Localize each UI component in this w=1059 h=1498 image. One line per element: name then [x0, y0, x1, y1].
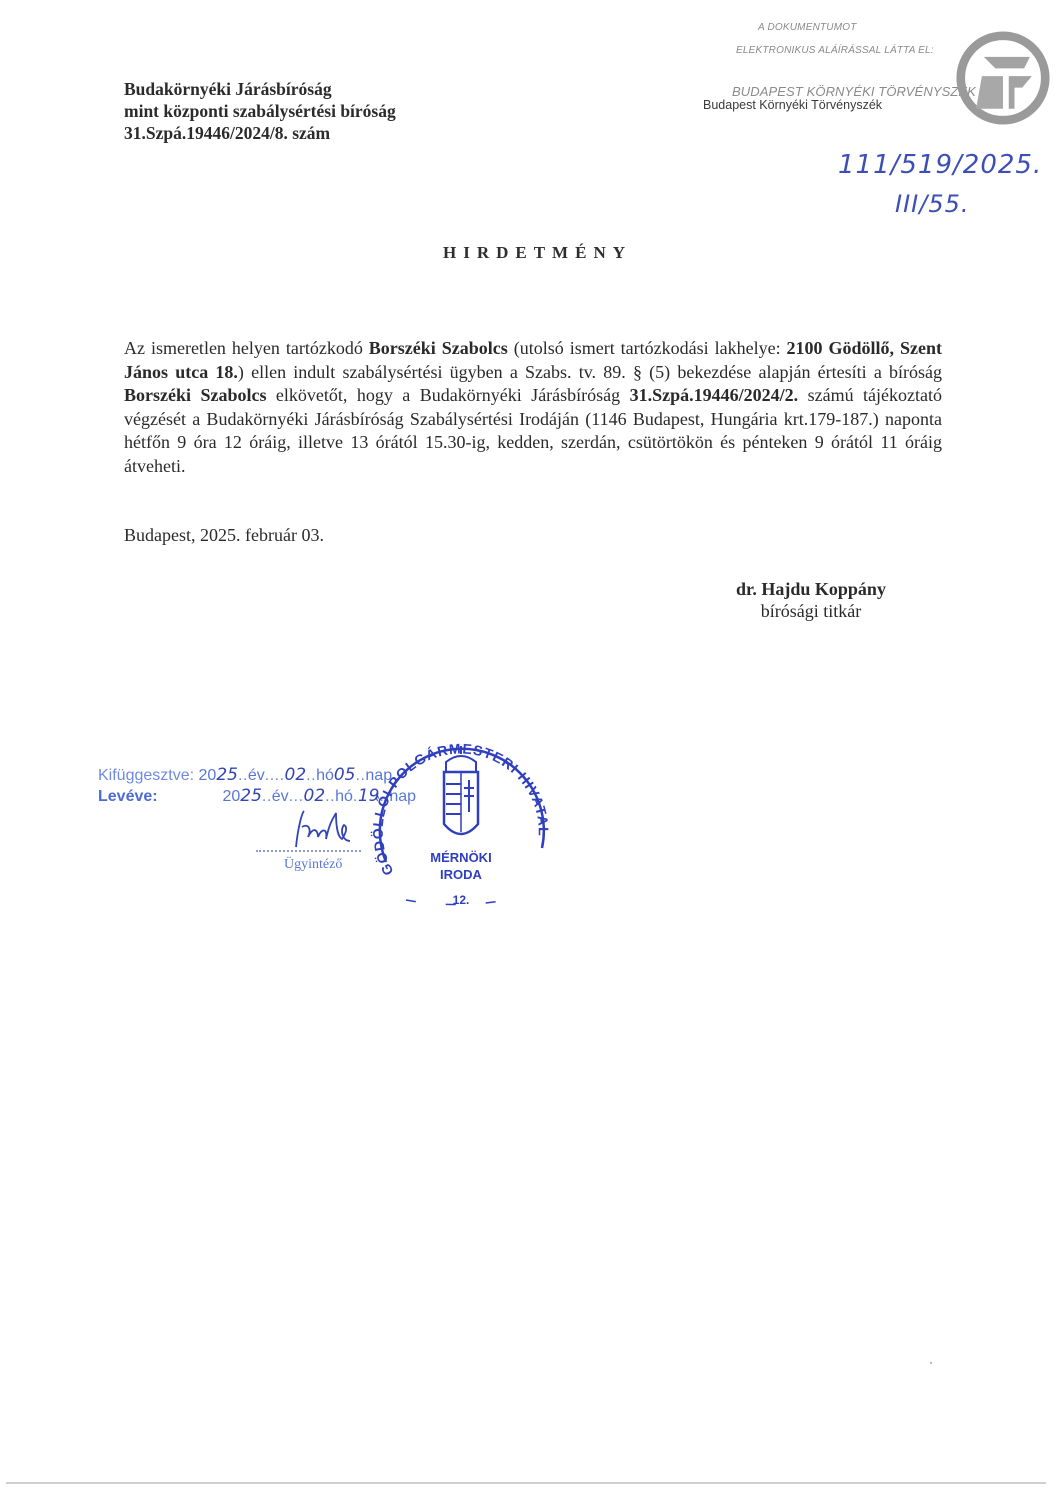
signer-title: bírósági titkár: [700, 600, 922, 622]
posted-row: Kifüggesztve: 2025..év....02..hó05..nap: [98, 765, 392, 785]
court-emblem-icon: [955, 30, 1051, 126]
page-bottom-edge: [6, 1482, 1046, 1484]
clerk-signature-icon: [288, 807, 358, 851]
posted-day: 05: [334, 765, 356, 785]
document-header: Budakörnyéki Járásbíróság mint központi …: [124, 78, 396, 144]
handwritten-reference-1: 111/519/2025.: [838, 150, 1042, 180]
office-stamp: GÖDÖLLŐI POLGÁRMESTERI HIVATAL MÉRNÖKI I…: [366, 732, 556, 912]
body-text-segment: ) ellen indult szabálysértési ügyben a S…: [238, 362, 942, 382]
stamp-line-1: MÉRNÖKI: [430, 850, 491, 865]
body-text-segment: Az ismeretlen helyen tartózkodó: [124, 338, 369, 358]
signature-block: dr. Hajdu Koppány bírósági titkár: [700, 578, 922, 622]
esign-line-2: ELEKTRONIKUS ALÁÍRÁSSAL LÁTTA EL:: [736, 45, 934, 56]
stamp-line-2: IRODA: [440, 867, 483, 882]
case-number: 31.Szpá.19446/2024/8. szám: [124, 122, 396, 144]
esign-issuer: Budapest Környéki Törvényszék: [703, 98, 882, 112]
removed-label: Levéve:: [98, 788, 218, 806]
removed-month: 02: [304, 786, 326, 806]
signer-name: dr. Hajdu Koppány: [700, 578, 922, 600]
court-role: mint központi szabálysértési bíróság: [124, 100, 396, 122]
stamp-number: 12.: [453, 893, 470, 907]
esign-issuer-caps: BUDAPEST KÖRNYÉKI TÖRVÉNYSZÉK: [732, 84, 976, 99]
removed-year: 25: [240, 786, 262, 806]
esign-line-1: A DOKUMENTUMOT: [758, 22, 857, 33]
electronic-signature-block: A DOKUMENTUMOT ELEKTRONIKUS ALÁÍRÁSSAL L…: [700, 22, 1059, 122]
clerk-signature-line: [256, 850, 361, 852]
emphasized-text: 31.Szpá.19446/2024/2.: [630, 385, 799, 405]
emphasized-text: Borszéki Szabolcs: [369, 338, 508, 358]
body-text-segment: elkövetőt, hogy a Budakörnyéki Járásbíró…: [266, 385, 629, 405]
handwritten-reference-2: III/55.: [895, 190, 970, 218]
posted-year: 25: [216, 765, 238, 785]
emphasized-text: Borszéki Szabolcs: [124, 385, 266, 405]
hungarian-coat-of-arms-icon: [444, 746, 478, 834]
document-title: HIRDETMÉNY: [0, 243, 1059, 263]
date-line: Budapest, 2025. február 03.: [124, 525, 324, 546]
scan-speck: [930, 1362, 932, 1364]
clerk-label: Ügyintéző: [284, 857, 342, 873]
posted-label: Kifüggesztve:: [98, 767, 194, 785]
posted-month: 02: [285, 765, 307, 785]
body-text-segment: (utolsó ismert tartózkodási lakhelye:: [508, 338, 787, 358]
notice-body: Az ismeretlen helyen tartózkodó Borszéki…: [124, 337, 942, 479]
court-name: Budakörnyéki Járásbíróság: [124, 78, 396, 100]
